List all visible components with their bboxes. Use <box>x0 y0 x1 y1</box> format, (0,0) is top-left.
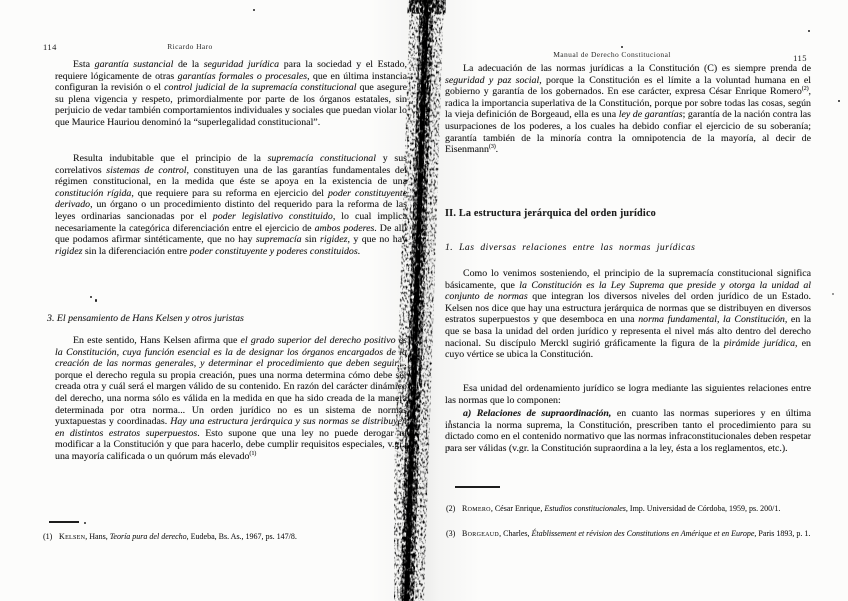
footnote-text: Romero, César Enrique, Estudios constitu… <box>462 504 780 513</box>
footnote-rule <box>455 486 500 488</box>
scan-speck <box>621 46 623 48</box>
footnote: (3)Borgeaud, Charles, Établissement et r… <box>446 529 824 539</box>
paragraph: a) Relaciones de supraordinación, en cua… <box>445 408 811 454</box>
running-head-right: Manual de Derecho Constitucional <box>443 50 781 59</box>
scan-speck <box>253 9 255 11</box>
footnote: (1)Kelsen, Hans, Teoría pura del derecho… <box>43 532 417 542</box>
paragraph: Resulta indubitable que el principio de … <box>55 153 407 257</box>
footnote-marker: (3) <box>446 529 455 539</box>
section-heading: II. La estructura jerárquica del orden j… <box>445 208 656 219</box>
scan-speck <box>832 293 834 295</box>
footnote-marker: (2) <box>446 504 455 514</box>
left-page: 114 Ricardo Haro Esta garantía sustancia… <box>43 40 409 600</box>
subsection-heading: 1. Las diversas relaciones entre las nor… <box>445 242 695 253</box>
scan-speck <box>84 522 86 524</box>
footnote: (2)Romero, César Enrique, Estudios const… <box>446 504 824 514</box>
scan-speck <box>448 446 450 449</box>
scan-speck <box>95 299 97 302</box>
paragraph: Esta garantía sustancial de la seguridad… <box>55 59 407 129</box>
paragraph: En este sentido, Hans Kelsen afirma que … <box>55 335 407 463</box>
right-page: Manual de Derecho Constitucional 115 La … <box>443 46 821 600</box>
scanned-book-spread: 114 Ricardo Haro Esta garantía sustancia… <box>0 0 848 601</box>
scan-speck <box>808 30 810 32</box>
paragraph: Como lo venimos sosteniendo, el principi… <box>445 268 811 361</box>
section-heading: 3. El pensamiento de Hans Kelsen y otros… <box>47 313 244 324</box>
page-number-right: 115 <box>793 53 807 63</box>
running-head-left: Ricardo Haro <box>43 42 337 51</box>
footnote-text: Borgeaud, Charles, Établissement et révi… <box>462 529 810 538</box>
paragraph: Esa unidad del ordenamiento jurídico se … <box>445 383 811 406</box>
footnote-rule <box>49 521 79 523</box>
footnote-marker: (1) <box>43 532 52 542</box>
paragraph: La adecuación de las normas jurídicas a … <box>445 63 811 156</box>
scan-speck <box>90 296 92 298</box>
scan-speck <box>838 100 840 102</box>
scan-speck <box>449 420 451 423</box>
footnote-text: Kelsen, Hans, Teoría pura del derecho, E… <box>59 532 297 541</box>
